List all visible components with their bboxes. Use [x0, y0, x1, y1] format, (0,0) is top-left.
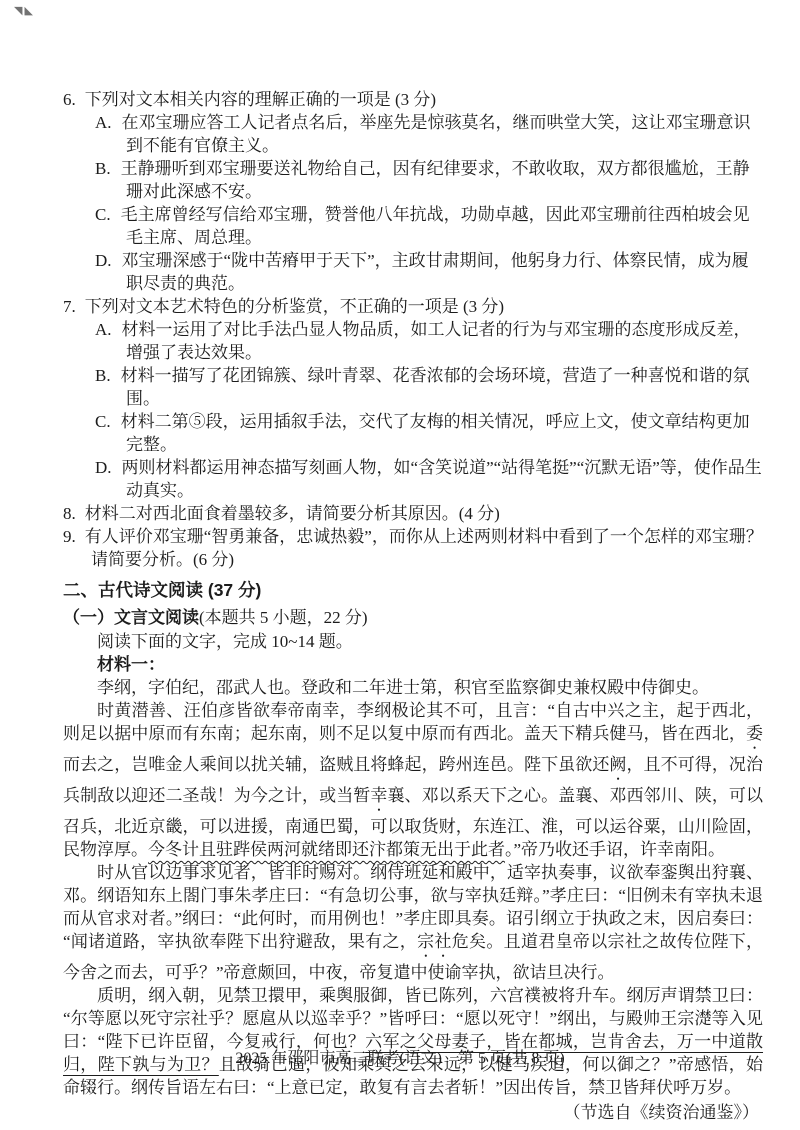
option-text: 两则材料都运用神态描写刻画人物，如“含笑说道”“站得笔挺”“沉默无语”等，使作品… [122, 458, 762, 500]
option-label: C. [95, 412, 111, 431]
classical-text-paragraph-1: 李纲，字伯纪，邵武人也。登政和二年进士第，积官至监察御史兼权殿中侍御史。 [63, 676, 763, 699]
question-7-option-a: A.材料一运用了对比手法凸显人物品质，如工人记者的行为与邓宝珊的态度形成反差，增… [95, 318, 763, 364]
subsection-1-points: (本题共 5 小题，22 分) [199, 608, 368, 627]
material-1-label: 材料一： [63, 653, 763, 676]
question-7-option-d: D.两则材料都运用神态描写刻画人物，如“含笑说道”“站得笔挺”“沉默无语”等，使… [95, 456, 763, 502]
dot-text-segment: 阙 [609, 755, 626, 774]
text-segment: 李纲，字伯纪，邵武人也。登政和二年进士第，积官至监察御史兼权殿中侍御史。 [97, 678, 709, 697]
page-content: 6.下列对文本相关内容的理解正确的一项是 (3 分) A.在邓宝珊应答工人记者点… [63, 88, 763, 1124]
scan-artifact: ◥◣ [14, 4, 35, 17]
question-6-option-b: B.王静珊听到邓宝珊要送礼物给自己，因有纪律要求，不敢收取，双方都很尴尬，王静珊… [95, 157, 763, 203]
subsection-1-title: （一）文言文阅读 [63, 608, 199, 627]
question-7: 7.下列对文本艺术特色的分析鉴赏，不正确的一项是 (3 分) [63, 295, 763, 318]
text-segment: 而去之，岂唯金人乘间以扰关辅，盗贼且将蜂起，跨州连邑。陛下虽欲还 [63, 755, 609, 774]
classical-text-paragraph-4: 质明，纲入朝，见禁卫擐甲，乘舆服御，皆已陈列，六宫襆被将升车。纲厉声谓禁卫曰：“… [63, 984, 763, 1099]
option-text: 王静珊听到邓宝珊要送礼物给自己，因有纪律要求，不敢收取，双方都很尴尬，王静珊对此… [121, 159, 750, 201]
question-8: 8.材料二对西北面食着墨较多，请简要分析其原因。(4 分) [63, 502, 763, 525]
option-label: D. [95, 251, 112, 270]
option-label: B. [95, 366, 111, 385]
option-label: B. [95, 159, 111, 178]
question-8-number: 8. [63, 504, 76, 523]
source-attribution: （节选自《续资治通鉴》） [63, 1101, 759, 1124]
option-label: A. [95, 113, 112, 132]
question-8-stem: 材料二对西北面食着墨较多，请简要分析其原因。(4 分) [85, 504, 500, 523]
question-7-number: 7. [63, 297, 76, 316]
dot-text-segment: 宗社 [417, 932, 452, 951]
option-label: D. [95, 458, 112, 477]
dot-text-segment: 委 [746, 724, 763, 743]
text-segment: 。”帝乃收还手诏，许幸南阳。 [505, 840, 725, 859]
question-6-option-c: C.毛主席曾经写信给邓宝珊，赞誉他八年抗战，功勋卓越，因此邓宝珊前往西柏坡会见毛… [95, 203, 763, 249]
question-6: 6.下列对文本相关内容的理解正确的一项是 (3 分) [63, 88, 763, 111]
option-text: 材料一描写了花团锦簇、绿叶青翠、花香浓郁的会场环境，营造了一种喜悦和谐的氛围。 [121, 366, 750, 408]
exam-paper-page: ◥◣ 6.下列对文本相关内容的理解正确的一项是 (3 分) A.在邓宝珊应答工人… [0, 0, 800, 1130]
wavy-text-segment: 今冬计且驻跸侯两河就绪即还汴都策无出于此者 [148, 840, 505, 859]
question-6-number: 6. [63, 90, 76, 109]
reading-instruction: 阅读下面的文字，完成 10~14 题。 [63, 630, 763, 653]
dot-text-segment: 幸 [370, 786, 387, 805]
classical-text-paragraph-2: 时黄潜善、汪伯彦皆欲奉帝南幸，李纲极论其不可，且言：“自古中兴之主，起于西北，则… [63, 699, 763, 861]
question-7-stem: 下列对文本艺术特色的分析鉴赏，不正确的一项是 (3 分) [85, 297, 504, 316]
question-6-option-d: D.邓宝珊深感于“陇中苦瘠甲于天下”，主政甘肃期间，他躬身力行、体察民情，成为履… [95, 249, 763, 295]
question-9: 9.有人评价邓宝珊“智勇兼备，忠诚热毅”，而你从上述两则材料中看到了一个怎样的邓… [63, 525, 763, 571]
text-segment: 时黄潜善、汪伯彦皆欲奉帝南幸，李纲极论其不可，且言：“自古中兴之主，起于西北，则… [63, 701, 763, 743]
option-text: 在邓宝珊应答工人记者点名后，举座先是惊骇莫名，继而哄堂大笑，这让邓宝珊意识到不能… [122, 113, 751, 155]
classical-text-paragraph-3: 时从官以边事求见者，皆非时赐对。纲侍班延和殿中，适宰执奏事，议欲奉銮舆出狩襄、邓… [63, 861, 763, 984]
question-9-stem: 有人评价邓宝珊“智勇兼备，忠诚热毅”，而你从上述两则材料中看到了一个怎样的邓宝珊… [85, 527, 763, 569]
question-7-option-b: B.材料一描写了花团锦簇、绿叶青翠、花香浓郁的会场环境，营造了一种喜悦和谐的氛围… [95, 364, 763, 410]
option-label: A. [95, 320, 112, 339]
section-2-heading: 二、古代诗文阅读 (37 分) [63, 578, 763, 602]
option-text: 材料一运用了对比手法凸显人物品质，如工人记者的行为与邓宝珊的态度形成反差，增强了… [122, 320, 751, 362]
question-6-option-a: A.在邓宝珊应答工人记者点名后，举座先是惊骇莫名，继而哄堂大笑，这让邓宝珊意识到… [95, 111, 763, 157]
option-text: 材料二第⑤段，运用插叙手法，交代了友梅的相关情况，呼应上文，使文章结构更加完整。 [121, 412, 750, 454]
question-7-option-c: C.材料二第⑤段，运用插叙手法，交代了友梅的相关情况，呼应上文，使文章结构更加完… [95, 410, 763, 456]
question-6-stem: 下列对文本相关内容的理解正确的一项是 (3 分) [85, 90, 436, 109]
page-footer: 2025 年邵阳市高二联考(语文) 第 5 页(共 8 页) [0, 1045, 800, 1068]
option-text: 毛主席曾经写信给邓宝珊，赞誉他八年抗战，功勋卓越，因此邓宝珊前往西柏坡会见毛主席… [121, 205, 750, 247]
option-text: 邓宝珊深感于“陇中苦瘠甲于天下”，主政甘肃期间，他躬身力行、体察民情，成为履职尽… [122, 251, 749, 293]
subsection-1-heading: （一）文言文阅读(本题共 5 小题，22 分) [63, 606, 763, 630]
option-label: C. [95, 205, 111, 224]
question-9-number: 9. [63, 527, 76, 546]
